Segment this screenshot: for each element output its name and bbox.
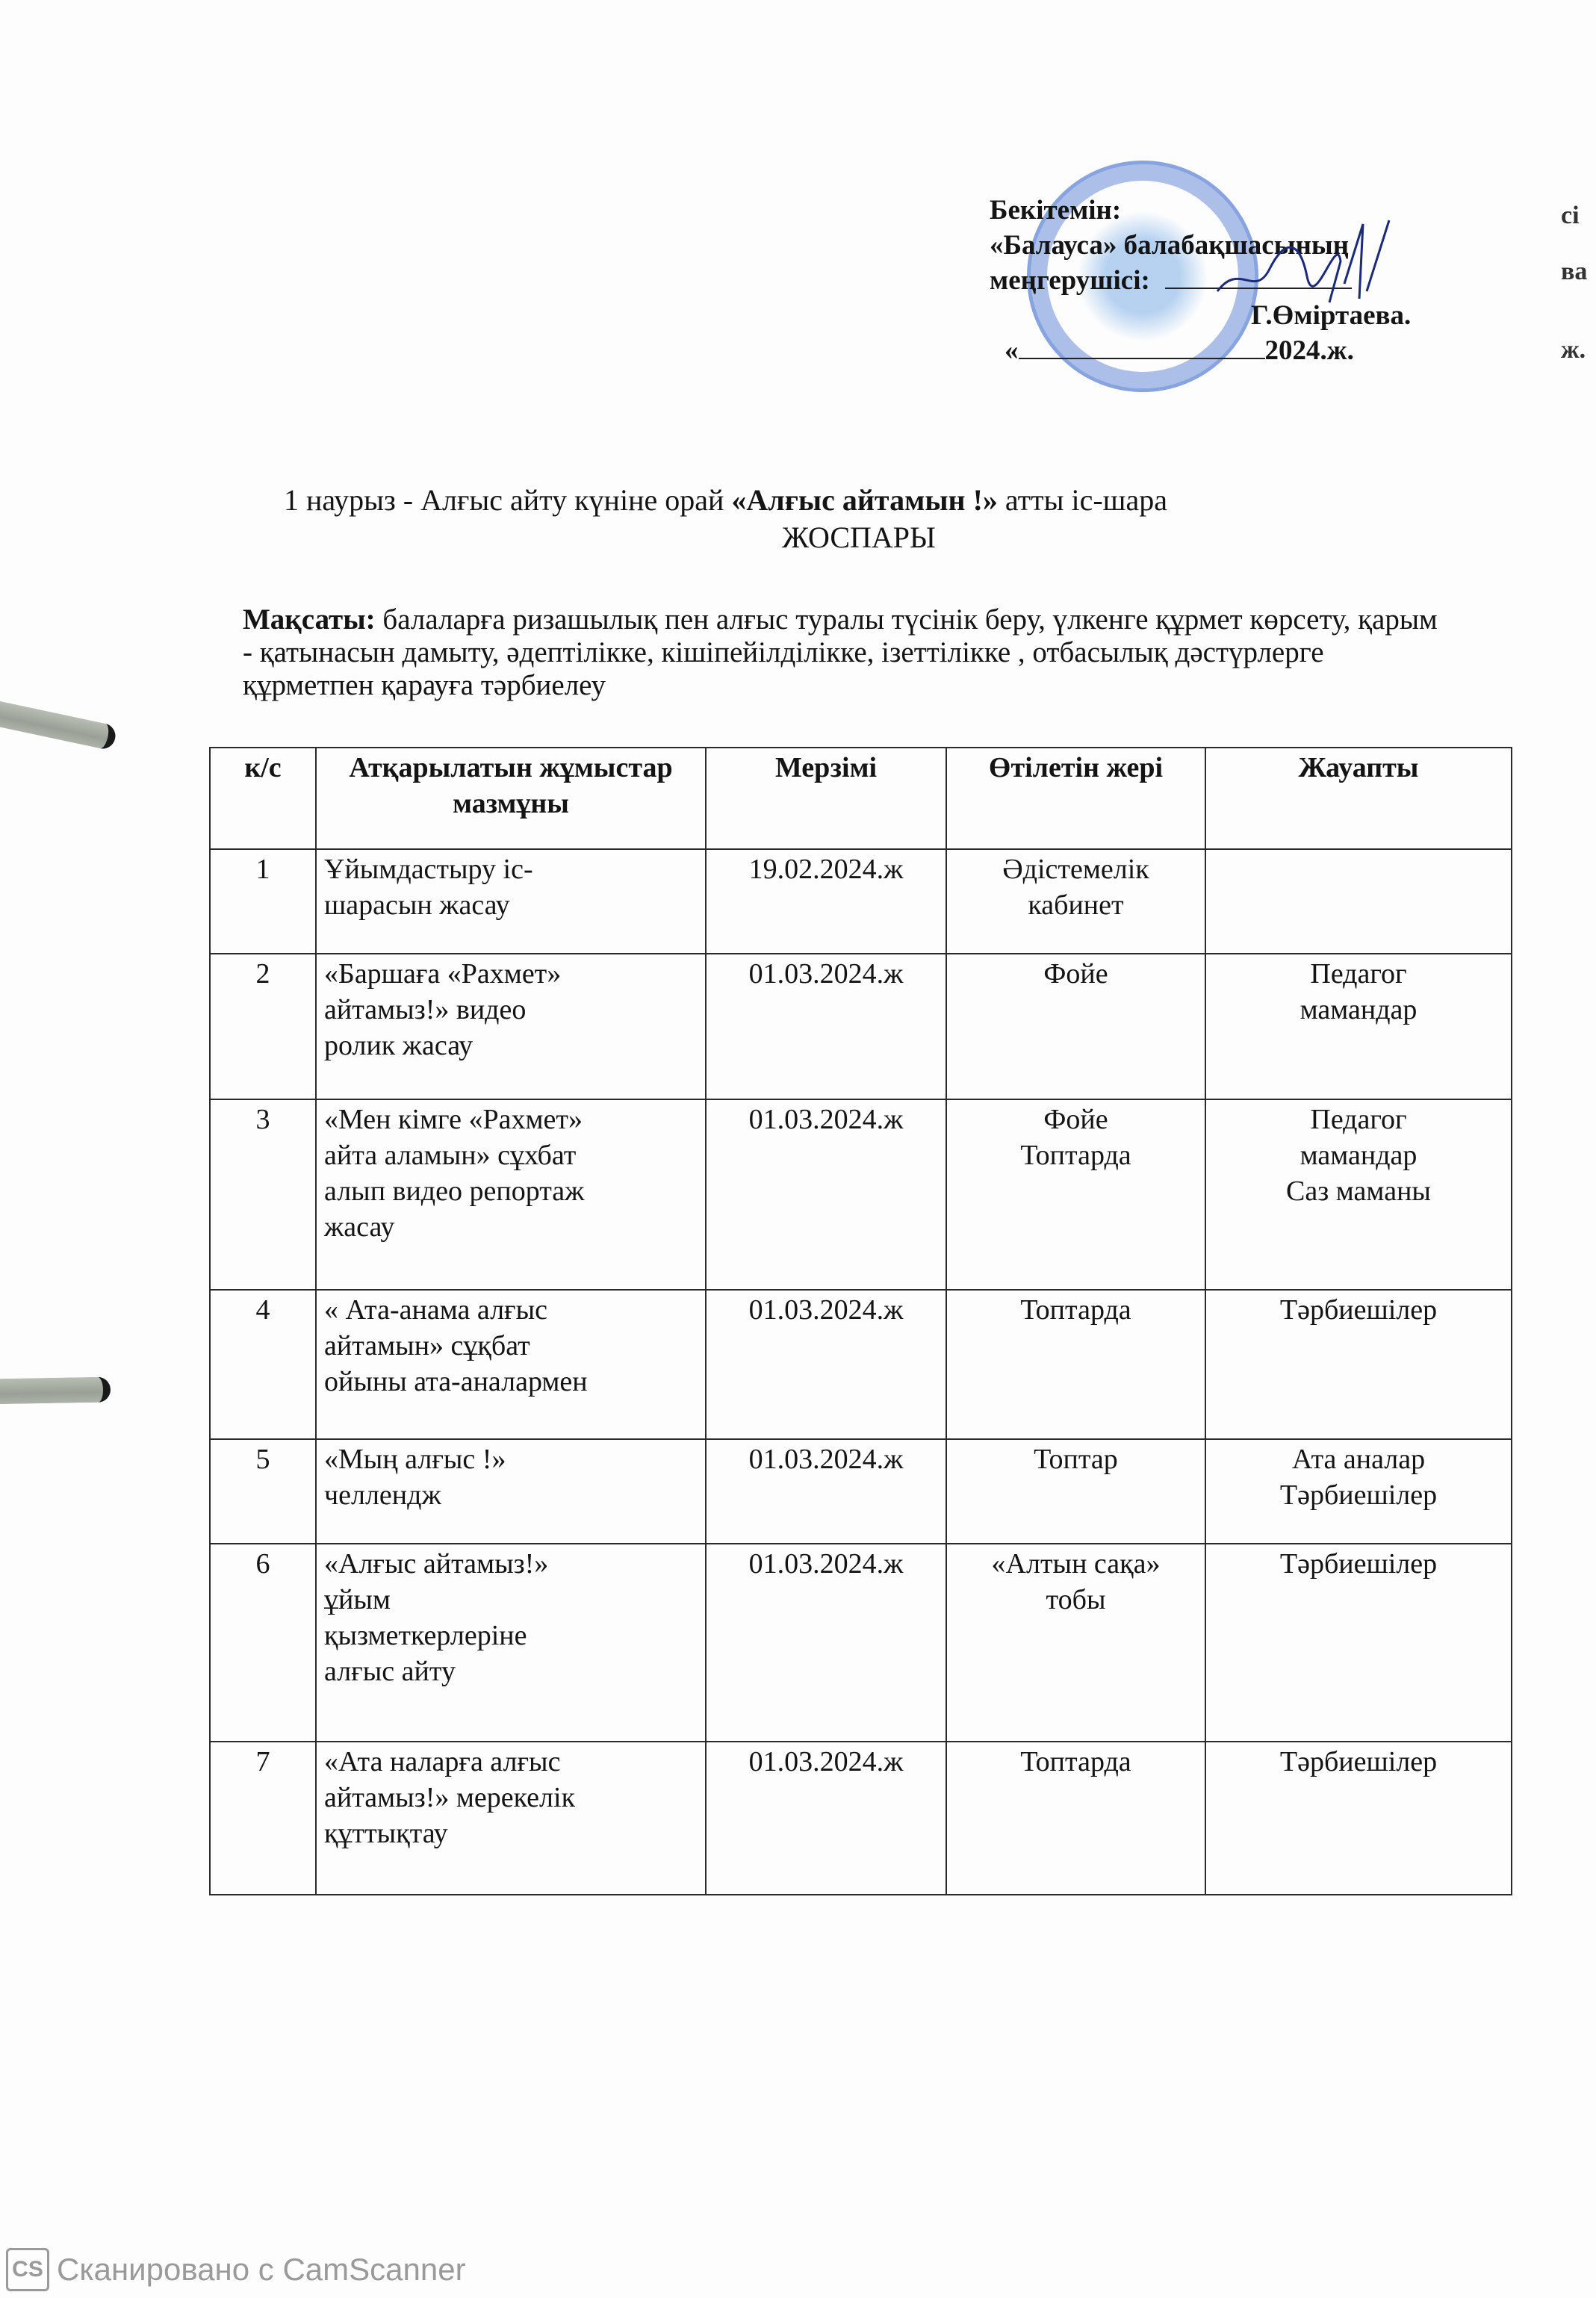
row-date: 01.03.2024.ж [706,1742,946,1895]
row-responsible: Педагогмамандар [1205,954,1512,1099]
table-row: 6«Алғыс айтамыз!»ұйымқызметкерлерінеалғы… [210,1544,1512,1742]
goal-paragraph: Мақсаты: балаларға ризашылық пен алғыс т… [243,603,1438,702]
camscanner-logo-icon: CS [6,2248,49,2291]
table-row: 7«Ата наларға алғысайтамыз!» мерекелікқұ… [210,1742,1512,1895]
row-place: Топтарда [946,1742,1205,1895]
row-number: 7 [210,1742,316,1895]
bleed-text-3: ж. [1561,336,1586,364]
row-date: 01.03.2024.ж [706,954,946,1099]
plan-table: к/с Атқарылатын жұмыстар мазмұны Мерзімі… [209,747,1512,1895]
row-responsible [1205,849,1512,954]
table-row: 5«Мың алғыс !»челлендж01.03.2024.жТоптар… [210,1439,1512,1544]
bleed-text-2: ва [1561,258,1587,286]
row-task: «Алғыс айтамыз!»ұйымқызметкерлерінеалғыс… [316,1544,706,1742]
row-task: «Баршаға «Рахмет»айтамыз!» видеоролик жа… [316,954,706,1099]
row-date: 01.03.2024.ж [706,1439,946,1544]
row-date: 01.03.2024.ж [706,1099,946,1290]
row-number: 3 [210,1099,316,1290]
row-responsible: Тәрбиешілер [1205,1544,1512,1742]
header-task: Атқарылатын жұмыстар мазмұны [316,748,706,849]
signature-icon [1210,217,1404,306]
bleed-text-1: ci [1561,202,1580,230]
row-responsible: Ата аналарТәрбиешілер [1205,1439,1512,1544]
row-place: Топтар [946,1439,1205,1544]
row-place: Топтарда [946,1290,1205,1439]
event-name: «Алғыс айтамын !» [731,483,998,517]
row-number: 6 [210,1544,316,1742]
row-place: Фойе [946,954,1205,1099]
document-heading: ЖОСПАРЫ [261,519,1456,556]
row-place: «Алтын сақа»тобы [946,1544,1205,1742]
row-date: 01.03.2024.ж [706,1290,946,1439]
scanner-watermark: CS Сканировано с CamScanner [6,2248,466,2291]
row-responsible: ПедагогмамандарСаз маманы [1205,1099,1512,1290]
row-place: ФойеТоптарда [946,1099,1205,1290]
row-number: 4 [210,1290,316,1439]
document-title: 1 наурыз - Алғыс айту күніне орай «Алғыс… [284,482,1449,519]
row-number: 5 [210,1439,316,1544]
row-date: 19.02.2024.ж [706,849,946,954]
row-responsible: Тәрбиешілер [1205,1290,1512,1439]
row-number: 2 [210,954,316,1099]
row-responsible: Тәрбиешілер [1205,1742,1512,1895]
goal-text: балаларға ризашылық пен алғыс туралы түс… [243,603,1438,701]
table-row: 2«Баршаға «Рахмет»айтамыз!» видеоролик ж… [210,954,1512,1099]
header-place: Өтілетін жері [946,748,1205,849]
row-date: 01.03.2024.ж [706,1544,946,1742]
binder-ring-bottom [0,1377,111,1405]
header-date: Мерзімі [706,748,946,849]
table-row: 1Ұйымдастыру іс-шарасын жасау19.02.2024.… [210,849,1512,954]
goal-label: Мақсаты: [243,603,376,636]
binder-ring-top [0,698,118,751]
row-task: Ұйымдастыру іс-шарасын жасау [316,849,706,954]
watermark-text: Сканировано с CamScanner [57,2252,466,2288]
row-task: « Ата-анама алғысайтамын» сұқбатойыны ат… [316,1290,706,1439]
header-number: к/с [210,748,316,849]
approval-date: «2024.ж. [990,333,1512,368]
row-number: 1 [210,849,316,954]
row-task: «Мың алғыс !»челлендж [316,1439,706,1544]
row-place: Әдістемеліккабинет [946,849,1205,954]
table-row: 3«Мен кімге «Рахмет»айта аламын» сұхбата… [210,1099,1512,1290]
header-responsible: Жауапты [1205,748,1512,849]
row-task: «Мен кімге «Рахмет»айта аламын» сұхбатал… [316,1099,706,1290]
row-task: «Ата наларға алғысайтамыз!» мерекелікқұт… [316,1742,706,1895]
table-header-row: к/с Атқарылатын жұмыстар мазмұны Мерзімі… [210,748,1512,849]
table-row: 4« Ата-анама алғысайтамын» сұқбатойыны а… [210,1290,1512,1439]
